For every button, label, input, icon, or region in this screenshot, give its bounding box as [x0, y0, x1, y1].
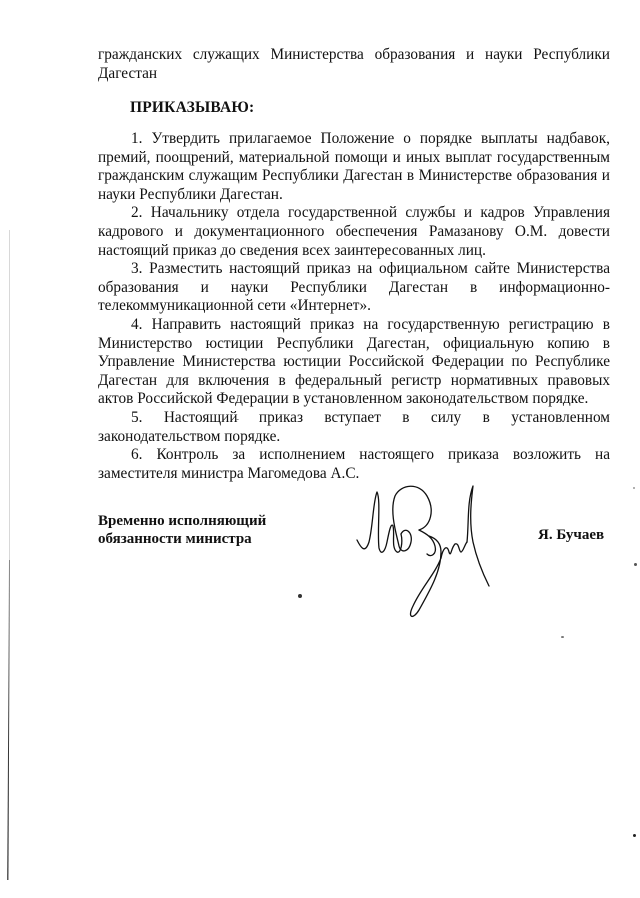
scan-speck — [298, 594, 302, 598]
order-item-5: 5. Настоящий приказ вступает в силу в ус… — [98, 409, 610, 446]
signer-position-line-1: Временно исполняющий — [98, 512, 266, 530]
handwritten-signature-icon — [355, 482, 505, 622]
order-items: 1. Утвердить прилагаемое Положение о пор… — [98, 130, 610, 483]
scan-speck — [633, 487, 635, 489]
order-item-1: 1. Утвердить прилагаемое Положение о пор… — [98, 130, 610, 204]
order-item-2: 2. Начальнику отдела государственной слу… — [98, 204, 610, 260]
order-heading: ПРИКАЗЫВАЮ: — [130, 99, 254, 117]
signer-name: Я. Бучаев — [538, 527, 604, 544]
scan-speck — [561, 636, 564, 638]
scan-margin-line — [7, 560, 10, 880]
order-item-6: 6. Контроль за исполнением настоящего пр… — [98, 446, 610, 483]
scan-speck — [634, 563, 637, 566]
signer-position-line-2: обязанности министра — [98, 530, 266, 548]
scan-speck — [236, 419, 239, 420]
intro-line-1: гражданских служащих Министерства образо… — [98, 46, 610, 63]
intro-paragraph: гражданских служащих Министерства образо… — [98, 46, 610, 83]
intro-line-2: Дагестан — [98, 65, 610, 84]
scan-margin-line-faint — [9, 230, 10, 560]
document-page: гражданских служащих Министерства образо… — [0, 0, 640, 898]
scan-speck — [633, 834, 636, 837]
order-item-3: 3. Разместить настоящий приказ на официа… — [98, 260, 610, 316]
order-item-4: 4. Направить настоящий приказ на государ… — [98, 316, 610, 409]
signer-position: Временно исполняющий обязанности министр… — [98, 512, 266, 548]
